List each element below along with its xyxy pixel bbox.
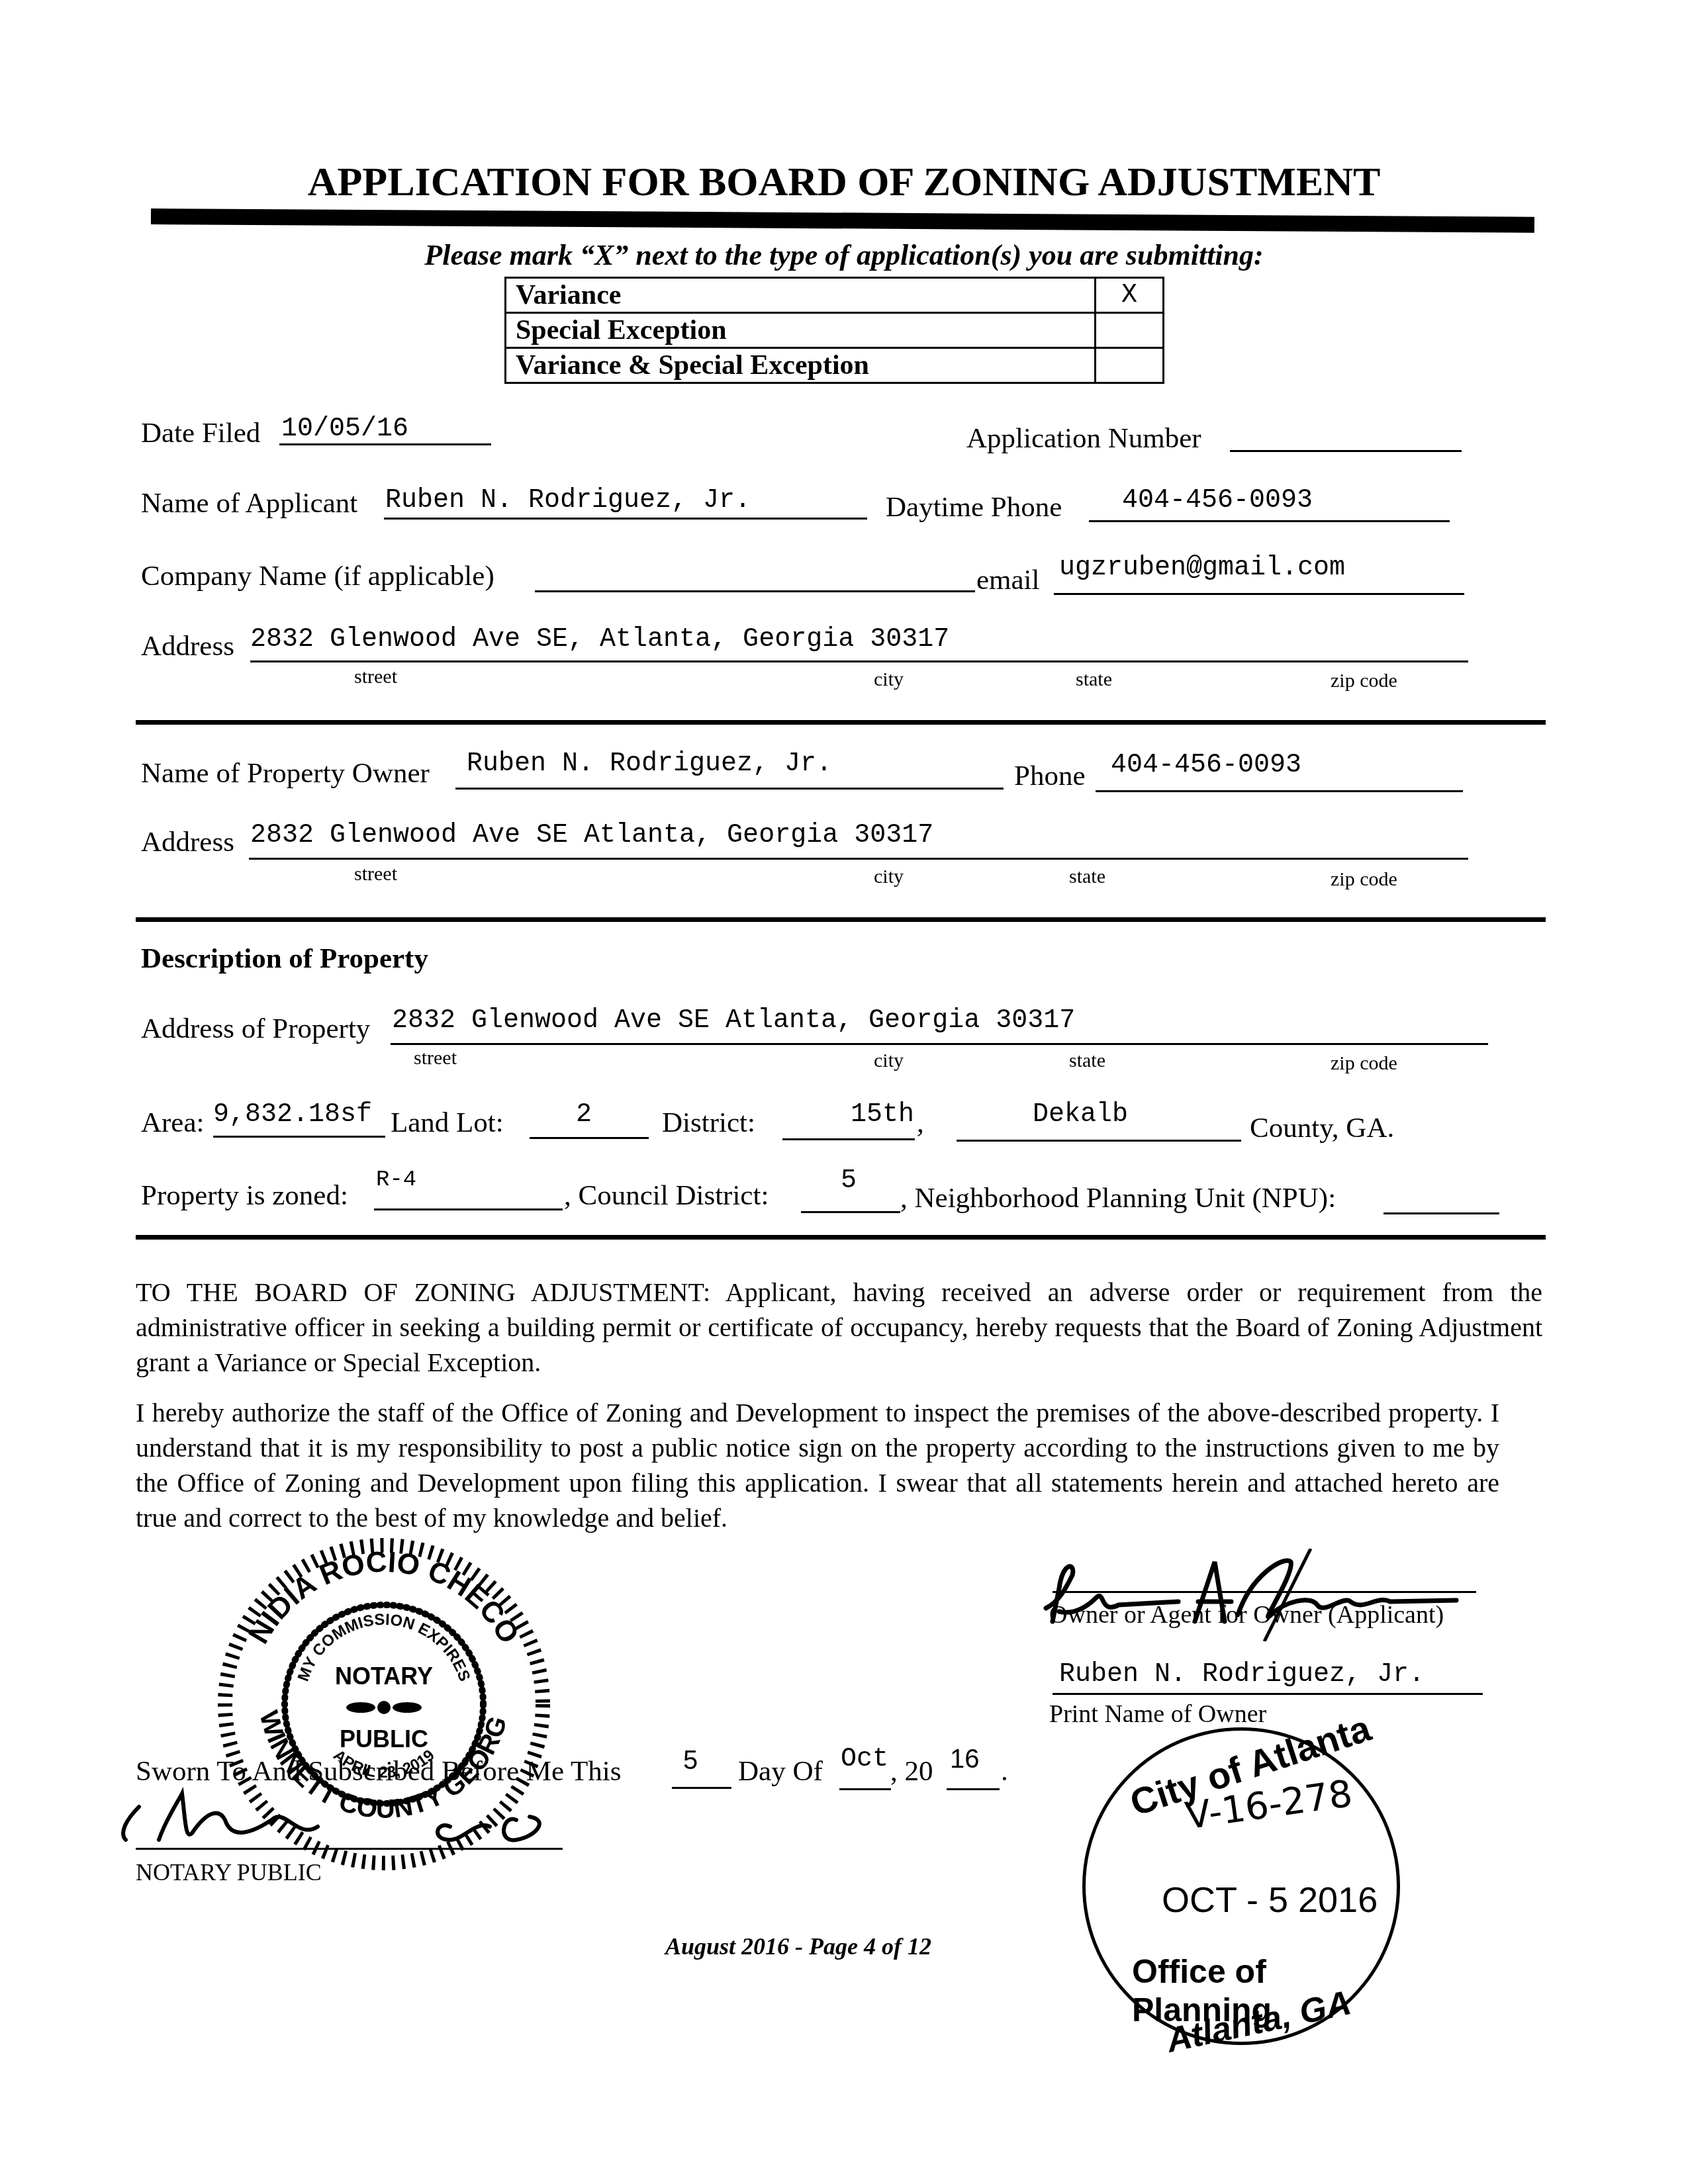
company-name-line <box>535 590 975 592</box>
owner-phone-value[interactable]: 404-456-0093 <box>1111 751 1301 780</box>
address-zip-sublabel: zip code <box>1331 670 1397 692</box>
applicant-name-line <box>384 518 867 520</box>
district-label: District: <box>662 1107 755 1139</box>
applicant-address-label: Address <box>141 630 234 662</box>
applicant-address-line <box>250 660 1468 662</box>
email-line <box>1054 593 1464 595</box>
property-address-value[interactable]: 2832 Glenwood Ave SE Atlanta, Georgia 30… <box>392 1006 1075 1036</box>
print-name-line <box>1053 1693 1483 1695</box>
application-type-label: Special Exception <box>506 313 1096 348</box>
area-label: Area: <box>141 1107 205 1139</box>
notary-public-label: NOTARY PUBLIC <box>136 1858 322 1886</box>
application-type-label: Variance & Special Exception <box>506 348 1096 383</box>
district-comma: , <box>917 1107 924 1139</box>
address-city-sublabel: city <box>874 866 904 888</box>
property-section-title: Description of Property <box>141 942 428 975</box>
date-filed-line <box>279 443 491 445</box>
address-state-sublabel: state <box>1069 866 1105 888</box>
owner-agent-label: Owner or Agent for Owner (Applicant) <box>1049 1600 1444 1629</box>
board-request-statement: TO THE BOARD OF ZONING ADJUSTMENT: Appli… <box>136 1275 1542 1380</box>
property-address-label: Address of Property <box>141 1013 370 1045</box>
application-type-instruction: Please mark “X” next to the type of appl… <box>0 238 1688 272</box>
email-label: email <box>976 564 1040 596</box>
address-city-sublabel: city <box>874 1050 904 1072</box>
application-type-checkbox[interactable] <box>1096 348 1164 383</box>
sworn-month-line <box>839 1788 891 1790</box>
daytime-phone-value[interactable]: 404-456-0093 <box>1122 486 1313 516</box>
address-street-sublabel: street <box>354 666 397 688</box>
daytime-phone-label: Daytime Phone <box>886 491 1062 523</box>
address-street-sublabel: street <box>414 1047 457 1069</box>
owner-address-line <box>249 858 1468 860</box>
owner-name-line <box>455 788 1004 790</box>
district-line <box>782 1138 915 1140</box>
application-type-table: Variance X Special Exception Variance & … <box>504 277 1164 384</box>
date-filed-label: Date Filed <box>141 417 260 449</box>
county-suffix: County, GA. <box>1250 1112 1394 1144</box>
sworn-period: . <box>1001 1755 1008 1788</box>
owner-phone-label: Phone <box>1014 760 1086 792</box>
city-received-stamp: City of Atlanta V-16-278 OCT - 5 2016 Of… <box>1082 1727 1400 2045</box>
sworn-day-value[interactable]: 5 <box>683 1746 698 1776</box>
section-divider <box>136 1235 1546 1240</box>
application-type-row: Special Exception <box>506 313 1164 348</box>
area-value[interactable]: 9,832.18sf <box>213 1100 372 1130</box>
land-lot-value[interactable]: 2 <box>576 1100 592 1130</box>
section-divider <box>136 720 1546 725</box>
npu-label: , Neighborhood Planning Unit (NPU): <box>900 1182 1336 1214</box>
print-name-value[interactable]: Ruben N. Rodriguez, Jr. <box>1059 1660 1425 1690</box>
page-footer: August 2016 - Page 4 of 12 <box>665 1933 931 1960</box>
county-value[interactable]: Dekalb <box>1033 1100 1128 1130</box>
district-value[interactable]: 15th <box>851 1100 914 1130</box>
application-type-checkbox[interactable] <box>1096 313 1164 348</box>
address-city-sublabel: city <box>874 668 904 691</box>
county-line <box>957 1140 1241 1142</box>
form-title: APPLICATION FOR BOARD OF ZONING ADJUSTME… <box>0 159 1688 206</box>
npu-line <box>1383 1212 1499 1214</box>
sworn-day-line <box>672 1787 731 1789</box>
council-district-label: , Council District: <box>564 1179 769 1212</box>
owner-phone-line <box>1096 790 1463 792</box>
svg-text:PUBLIC: PUBLIC <box>340 1725 428 1752</box>
council-district-line <box>801 1211 900 1213</box>
title-rule <box>151 208 1534 233</box>
sworn-month-value[interactable]: Oct <box>841 1745 888 1774</box>
application-type-label: Variance <box>506 278 1096 313</box>
day-of-label: Day Of <box>738 1755 823 1788</box>
signature-line <box>1053 1591 1476 1593</box>
applicant-address-value[interactable]: 2832 Glenwood Ave SE, Atlanta, Georgia 3… <box>250 625 949 655</box>
application-type-row: Variance X <box>506 278 1164 313</box>
notary-signature-line <box>136 1848 563 1850</box>
owner-address-label: Address <box>141 826 234 858</box>
zoned-line <box>374 1208 563 1210</box>
applicant-name-value[interactable]: Ruben N. Rodriguez, Jr. <box>385 486 751 516</box>
owner-name-value[interactable]: Ruben N. Rodriguez, Jr. <box>467 749 832 779</box>
application-number-label: Application Number <box>966 422 1201 455</box>
sworn-year-line <box>947 1788 1000 1790</box>
owner-name-label: Name of Property Owner <box>141 757 430 790</box>
daytime-phone-line <box>1089 520 1450 522</box>
date-filed-value[interactable]: 10/05/16 <box>281 414 408 444</box>
address-zip-sublabel: zip code <box>1331 868 1397 891</box>
year-prefix-label: , 20 <box>890 1755 933 1788</box>
zoned-label: Property is zoned: <box>141 1179 348 1212</box>
company-name-label: Company Name (if applicable) <box>141 560 494 592</box>
svg-text:NOTARY: NOTARY <box>335 1662 433 1690</box>
application-number-line <box>1230 450 1462 452</box>
email-value[interactable]: ugzruben@gmail.com <box>1059 553 1345 583</box>
address-state-sublabel: state <box>1076 668 1112 691</box>
land-lot-label: Land Lot: <box>391 1107 504 1139</box>
svg-text:NIDIA ROCIO CHECO: NIDIA ROCIO CHECO <box>242 1545 525 1649</box>
print-name-label: Print Name of Owner <box>1049 1700 1266 1729</box>
address-state-sublabel: state <box>1069 1050 1105 1072</box>
section-divider <box>136 917 1546 922</box>
owner-address-value[interactable]: 2832 Glenwood Ave SE Atlanta, Georgia 30… <box>250 821 933 850</box>
sworn-year-value[interactable]: 16 <box>950 1745 980 1774</box>
property-address-line <box>391 1043 1488 1045</box>
address-street-sublabel: street <box>354 863 397 886</box>
zoned-value[interactable]: R-4 <box>376 1167 416 1193</box>
council-district-value[interactable]: 5 <box>841 1166 857 1196</box>
application-type-checkbox[interactable]: X <box>1096 278 1164 313</box>
land-lot-line <box>530 1137 649 1139</box>
address-zip-sublabel: zip code <box>1331 1052 1397 1075</box>
authorization-statement: I hereby authorize the staff of the Offi… <box>136 1395 1499 1535</box>
stamp-date: OCT - 5 2016 <box>1162 1880 1378 1921</box>
area-line <box>213 1136 385 1138</box>
application-type-row: Variance & Special Exception <box>506 348 1164 383</box>
applicant-name-label: Name of Applicant <box>141 487 357 520</box>
